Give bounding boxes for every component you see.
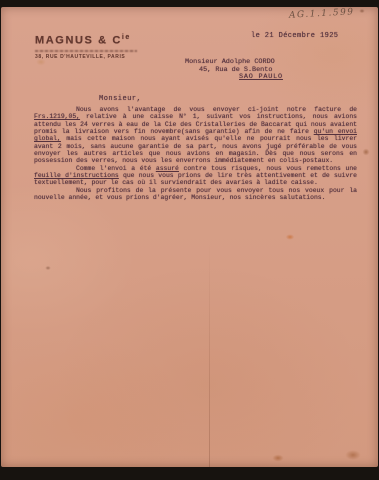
archive-annotation: AG.1.1.599 [289,7,355,20]
scanned-letter: AG.1.1.599 MAGNUS & Cie 38, RUE D'HAUTEV… [0,0,379,480]
body-segment: mais cette maison nous ayant avisés qu'e… [34,135,357,164]
company-name: MAGNUS & Cie [35,34,137,47]
fold-crease [209,242,210,467]
company-name-main: MAGNUS & C [35,35,122,47]
salutation: Monsieur, [99,95,141,103]
recipient-city: SAO PAULO [185,74,283,82]
company-name-suffix: ie [122,34,131,41]
body-segment: Frs.1219,05, [34,113,80,120]
recipient-block: Monsieur Adolphe CORDO 45, Rua de S.Bent… [185,59,283,82]
body-segment: Nous profitons de la présente pour vous … [34,187,357,201]
letter-paper: AG.1.1.599 MAGNUS & Cie 38, RUE D'HAUTEV… [1,7,378,467]
letterhead-tagline [35,50,137,52]
body-segment: Nous avons l'avantage de vous envoyer ci… [76,106,357,113]
letter-paragraph: Nous profitons de la présente pour vous … [34,187,357,202]
body-segment: Comme l'envoi a été [76,165,156,172]
letter-body: Nous avons l'avantage de vous envoyer ci… [34,106,357,201]
date-line: le 21 Décembre 1925 [251,32,338,40]
letter-paragraph: Comme l'envoi a été assuré contre tous r… [34,165,357,187]
body-segment: contre tous risques, nous vous remettons… [179,165,357,172]
body-segment: relative à une caisse N° 1, suivant vos … [34,113,357,135]
letter-paragraph: Nous avons l'avantage de vous envoyer ci… [34,106,357,165]
body-segment: assuré [156,165,179,172]
letterhead-address: 38, RUE D'HAUTEVILLE, PARIS [35,54,137,60]
letterhead: MAGNUS & Cie 38, RUE D'HAUTEVILLE, PARIS [35,34,137,60]
